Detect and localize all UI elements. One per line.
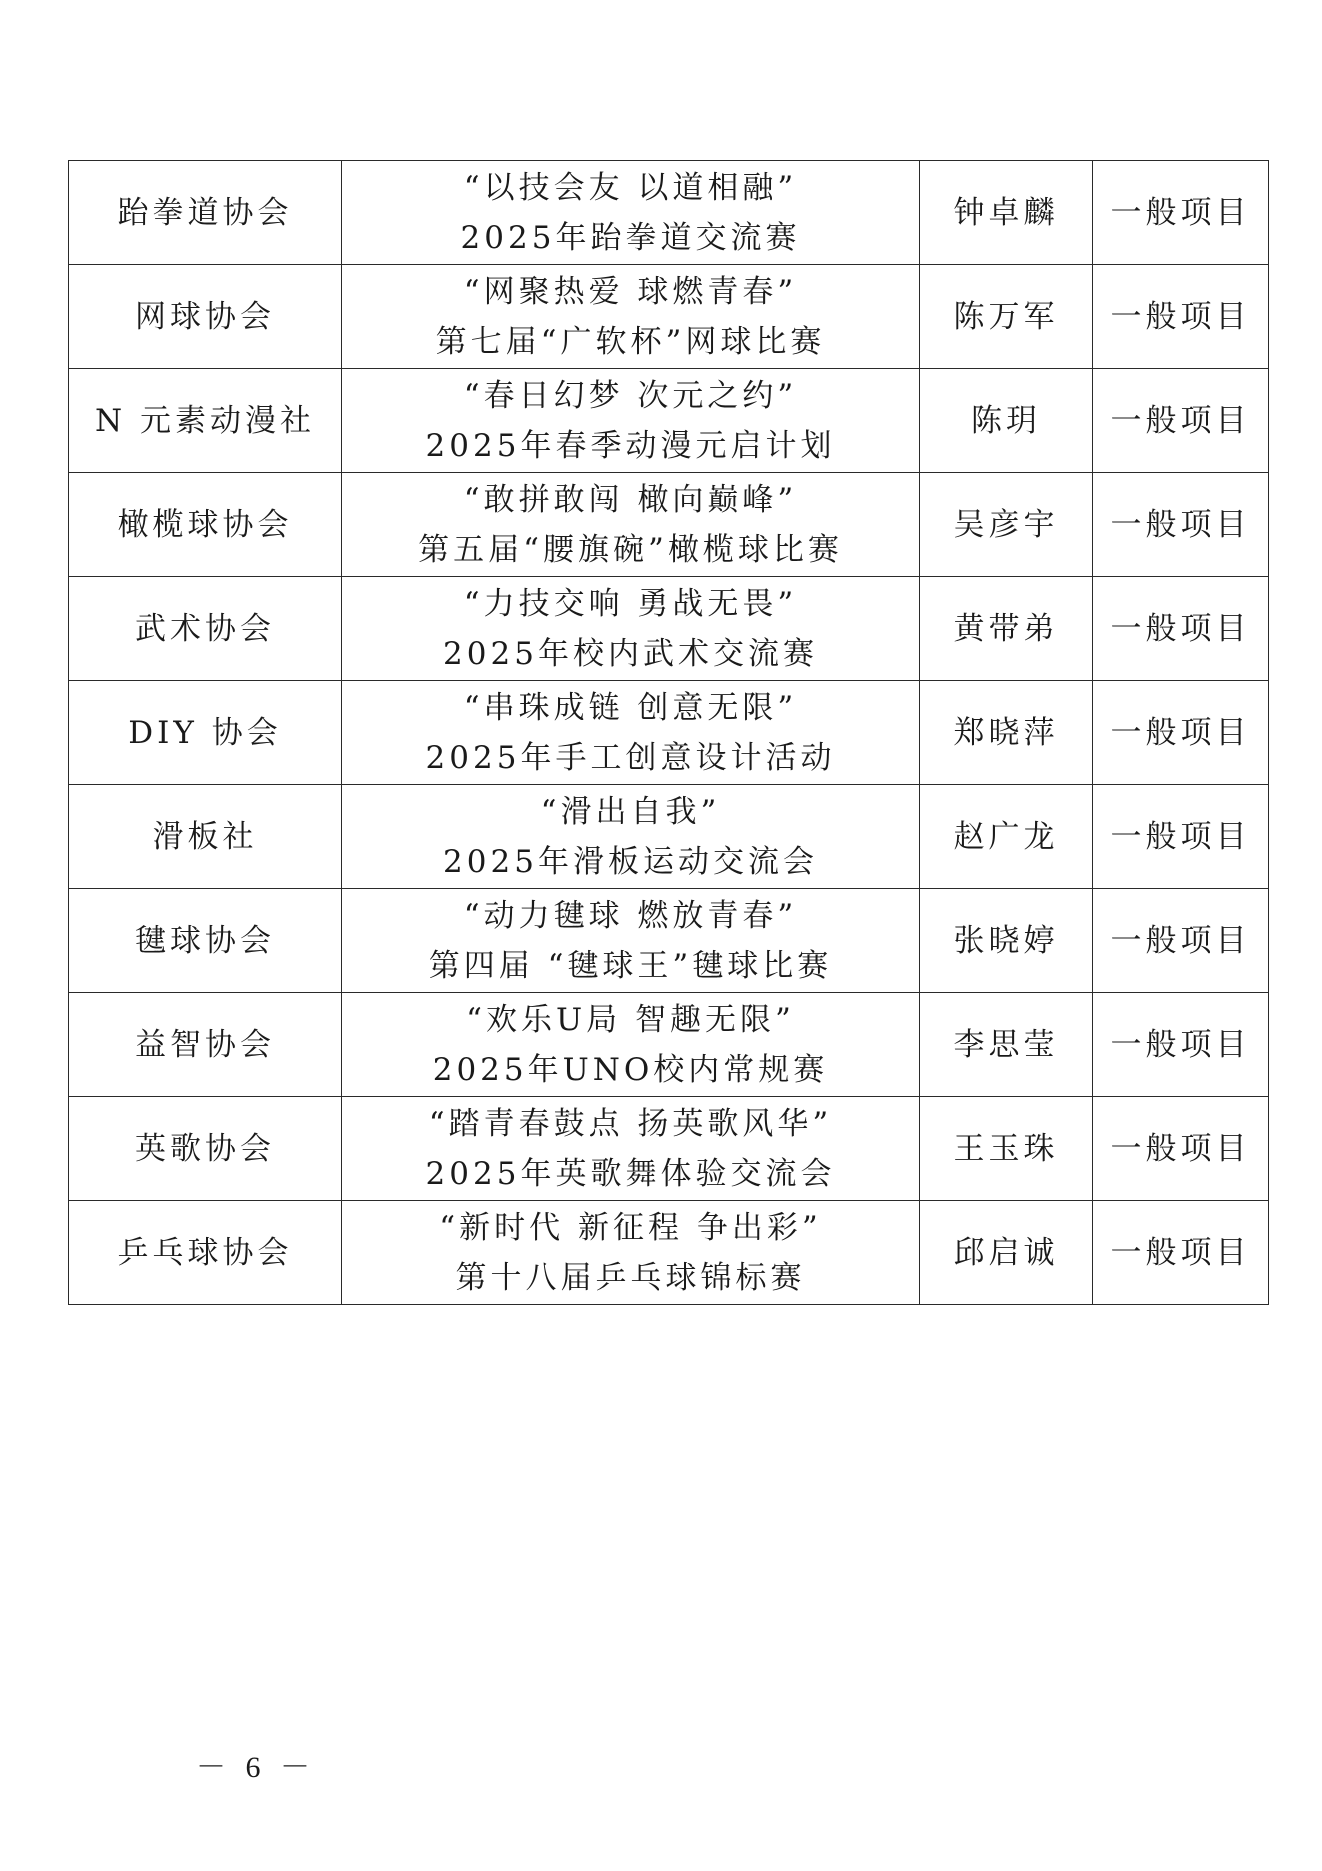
- leader-cell: 陈万军: [920, 265, 1093, 369]
- leader-cell: 赵广龙: [920, 785, 1093, 889]
- project-category: 一般项目: [1111, 1131, 1251, 1167]
- activity-slogan: “串珠成链 创意无限”: [342, 683, 919, 733]
- category-cell: 一般项目: [1093, 473, 1269, 577]
- activity-slogan: “踏青春鼓点 扬英歌风华”: [342, 1099, 919, 1149]
- organization-name: 毽球协会: [135, 923, 275, 959]
- activity-slogan: “网聚热爱 球燃青春”: [342, 267, 919, 317]
- project-category: 一般项目: [1111, 403, 1251, 439]
- project-category: 一般项目: [1111, 299, 1251, 335]
- table-row: 网球协会 “网聚热爱 球燃青春” 第七届“广软杯”网球比赛 陈万军 一般项目: [69, 265, 1269, 369]
- activity-cell: “力技交响 勇战无畏” 2025年校内武术交流赛: [342, 577, 920, 681]
- leader-name: 张晓婷: [954, 923, 1059, 959]
- organization-name: 乒乓球协会: [118, 1235, 293, 1271]
- organization-name: 橄榄球协会: [118, 507, 293, 543]
- category-cell: 一般项目: [1093, 1097, 1269, 1201]
- activity-name: 2025年UNO校内常规赛: [342, 1045, 919, 1095]
- activity-name: 2025年手工创意设计活动: [342, 733, 919, 783]
- leader-name: 陈玥: [971, 403, 1041, 439]
- activity-name: 2025年跆拳道交流赛: [342, 213, 919, 263]
- category-cell: 一般项目: [1093, 681, 1269, 785]
- organization-cell: N 元素动漫社: [69, 369, 342, 473]
- category-cell: 一般项目: [1093, 785, 1269, 889]
- table-row: 益智协会 “欢乐U局 智趣无限” 2025年UNO校内常规赛 李思莹 一般项目: [69, 993, 1269, 1097]
- table-row: DIY 协会 “串珠成链 创意无限” 2025年手工创意设计活动 郑晓萍 一般项…: [69, 681, 1269, 785]
- leader-cell: 邱启诚: [920, 1201, 1093, 1305]
- leader-name: 郑晓萍: [954, 715, 1059, 751]
- leader-name: 王玉珠: [954, 1131, 1059, 1167]
- project-table-body: 跆拳道协会 “以技会友 以道相融” 2025年跆拳道交流赛 钟卓麟 一般项目 网…: [69, 161, 1269, 1305]
- activity-name: 第四届 “毽球王”毽球比赛: [342, 941, 919, 991]
- activity-name: 第五届“腰旗碗”橄榄球比赛: [342, 525, 919, 575]
- leader-cell: 陈玥: [920, 369, 1093, 473]
- activity-name: 第十八届乒乓球锦标赛: [342, 1253, 919, 1303]
- activity-cell: “以技会友 以道相融” 2025年跆拳道交流赛: [342, 161, 920, 265]
- leader-cell: 郑晓萍: [920, 681, 1093, 785]
- activity-name: 2025年滑板运动交流会: [342, 837, 919, 887]
- category-cell: 一般项目: [1093, 993, 1269, 1097]
- activity-cell: “网聚热爱 球燃青春” 第七届“广软杯”网球比赛: [342, 265, 920, 369]
- organization-cell: 毽球协会: [69, 889, 342, 993]
- activity-slogan: “春日幻梦 次元之约”: [342, 371, 919, 421]
- category-cell: 一般项目: [1093, 577, 1269, 681]
- organization-cell: 橄榄球协会: [69, 473, 342, 577]
- organization-name: DIY 协会: [128, 715, 281, 751]
- project-category: 一般项目: [1111, 195, 1251, 231]
- leader-cell: 吴彦宇: [920, 473, 1093, 577]
- activity-slogan: “滑出自我”: [342, 787, 919, 837]
- activity-cell: “滑出自我” 2025年滑板运动交流会: [342, 785, 920, 889]
- project-category: 一般项目: [1111, 1235, 1251, 1271]
- leader-name: 吴彦宇: [954, 507, 1059, 543]
- organization-cell: DIY 协会: [69, 681, 342, 785]
- project-category: 一般项目: [1111, 611, 1251, 647]
- organization-cell: 网球协会: [69, 265, 342, 369]
- category-cell: 一般项目: [1093, 889, 1269, 993]
- table-row: 跆拳道协会 “以技会友 以道相融” 2025年跆拳道交流赛 钟卓麟 一般项目: [69, 161, 1269, 265]
- activity-slogan: “以技会友 以道相融”: [342, 163, 919, 213]
- organization-name: 益智协会: [135, 1027, 275, 1063]
- leader-name: 赵广龙: [954, 819, 1059, 855]
- table-row: 英歌协会 “踏青春鼓点 扬英歌风华” 2025年英歌舞体验交流会 王玉珠 一般项…: [69, 1097, 1269, 1201]
- organization-name: 跆拳道协会: [118, 195, 293, 231]
- activity-slogan: “动力毽球 燃放青春”: [342, 891, 919, 941]
- leader-cell: 钟卓麟: [920, 161, 1093, 265]
- activity-cell: “新时代 新征程 争出彩” 第十八届乒乓球锦标赛: [342, 1201, 920, 1305]
- project-category: 一般项目: [1111, 923, 1251, 959]
- document-page: 跆拳道协会 “以技会友 以道相融” 2025年跆拳道交流赛 钟卓麟 一般项目 网…: [0, 0, 1322, 1871]
- activity-cell: “欢乐U局 智趣无限” 2025年UNO校内常规赛: [342, 993, 920, 1097]
- leader-cell: 黄带弟: [920, 577, 1093, 681]
- table-row: 滑板社 “滑出自我” 2025年滑板运动交流会 赵广龙 一般项目: [69, 785, 1269, 889]
- activity-cell: “春日幻梦 次元之约” 2025年春季动漫元启计划: [342, 369, 920, 473]
- category-cell: 一般项目: [1093, 369, 1269, 473]
- activity-slogan: “新时代 新征程 争出彩”: [342, 1203, 919, 1253]
- project-category: 一般项目: [1111, 715, 1251, 751]
- organization-name: N 元素动漫社: [95, 403, 315, 439]
- organization-cell: 跆拳道协会: [69, 161, 342, 265]
- project-category: 一般项目: [1111, 819, 1251, 855]
- leader-name: 钟卓麟: [954, 195, 1059, 231]
- activity-cell: “敢拼敢闯 橄向巅峰” 第五届“腰旗碗”橄榄球比赛: [342, 473, 920, 577]
- activity-slogan: “欢乐U局 智趣无限”: [342, 995, 919, 1045]
- activity-cell: “串珠成链 创意无限” 2025年手工创意设计活动: [342, 681, 920, 785]
- page-number: － 6 －: [196, 1742, 316, 1786]
- category-cell: 一般项目: [1093, 1201, 1269, 1305]
- activity-name: 2025年校内武术交流赛: [342, 629, 919, 679]
- activity-cell: “动力毽球 燃放青春” 第四届 “毽球王”毽球比赛: [342, 889, 920, 993]
- organization-cell: 滑板社: [69, 785, 342, 889]
- activity-name: 2025年春季动漫元启计划: [342, 421, 919, 471]
- activity-cell: “踏青春鼓点 扬英歌风华” 2025年英歌舞体验交流会: [342, 1097, 920, 1201]
- category-cell: 一般项目: [1093, 265, 1269, 369]
- organization-name: 网球协会: [135, 299, 275, 335]
- activity-name: 2025年英歌舞体验交流会: [342, 1149, 919, 1199]
- leader-name: 黄带弟: [954, 611, 1059, 647]
- organization-name: 武术协会: [135, 611, 275, 647]
- organization-cell: 乒乓球协会: [69, 1201, 342, 1305]
- leader-cell: 王玉珠: [920, 1097, 1093, 1201]
- organization-name: 滑板社: [153, 819, 258, 855]
- leader-name: 邱启诚: [954, 1235, 1059, 1271]
- leader-name: 陈万军: [954, 299, 1059, 335]
- organization-cell: 武术协会: [69, 577, 342, 681]
- leader-cell: 李思莹: [920, 993, 1093, 1097]
- activity-slogan: “敢拼敢闯 橄向巅峰”: [342, 475, 919, 525]
- category-cell: 一般项目: [1093, 161, 1269, 265]
- project-table: 跆拳道协会 “以技会友 以道相融” 2025年跆拳道交流赛 钟卓麟 一般项目 网…: [68, 160, 1269, 1305]
- organization-cell: 益智协会: [69, 993, 342, 1097]
- activity-slogan: “力技交响 勇战无畏”: [342, 579, 919, 629]
- leader-name: 李思莹: [954, 1027, 1059, 1063]
- table-row: 橄榄球协会 “敢拼敢闯 橄向巅峰” 第五届“腰旗碗”橄榄球比赛 吴彦宇 一般项目: [69, 473, 1269, 577]
- organization-name: 英歌协会: [135, 1131, 275, 1167]
- organization-cell: 英歌协会: [69, 1097, 342, 1201]
- activity-name: 第七届“广软杯”网球比赛: [342, 317, 919, 367]
- table-row: 毽球协会 “动力毽球 燃放青春” 第四届 “毽球王”毽球比赛 张晓婷 一般项目: [69, 889, 1269, 993]
- table-row: 乒乓球协会 “新时代 新征程 争出彩” 第十八届乒乓球锦标赛 邱启诚 一般项目: [69, 1201, 1269, 1305]
- table-row: N 元素动漫社 “春日幻梦 次元之约” 2025年春季动漫元启计划 陈玥 一般项…: [69, 369, 1269, 473]
- project-category: 一般项目: [1111, 1027, 1251, 1063]
- project-category: 一般项目: [1111, 507, 1251, 543]
- table-row: 武术协会 “力技交响 勇战无畏” 2025年校内武术交流赛 黄带弟 一般项目: [69, 577, 1269, 681]
- leader-cell: 张晓婷: [920, 889, 1093, 993]
